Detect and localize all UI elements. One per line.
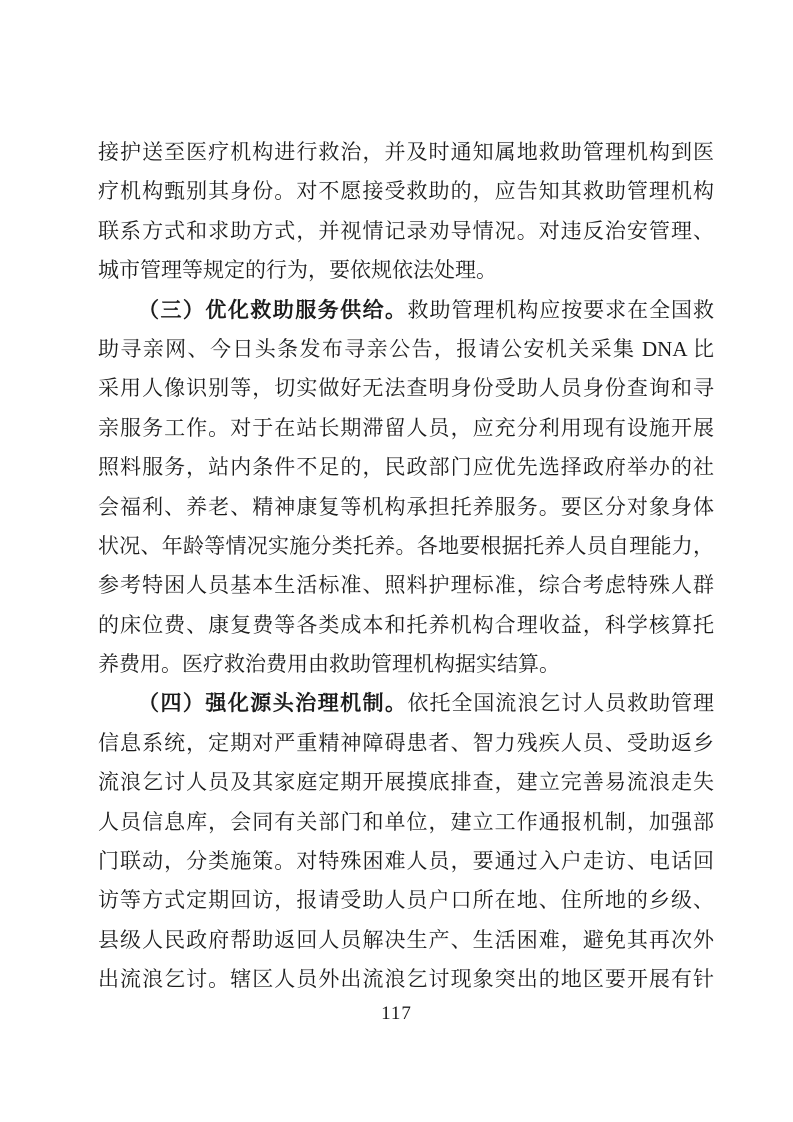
text-line: 出流浪乞讨。辖区人员外出流浪乞讨现象突出的地区要开展有针	[98, 960, 714, 999]
text-line: 城市管理等规定的行为，要依规依法处理。	[98, 251, 714, 290]
body-text-run: 人员信息库，会同有关部门和单位，建立工作通报机制，加强部	[98, 810, 714, 834]
body-text-run: 接护送至医疗机构进行救治，并及时通知属地救助管理机构到医	[98, 140, 714, 164]
text-line: 照料服务，站内条件不足的，民政部门应优先选择政府举办的社	[98, 448, 714, 487]
body-text-run: 状况、年龄等情况实施分类托养。各地要根据托养人员自理能力，	[98, 534, 714, 558]
body-text-run: 会福利、养老、精神康复等机构承担托养服务。要区分对象身体	[98, 495, 714, 519]
body-text-run: 救助管理机构应按要求在全国救	[408, 298, 714, 322]
body-text-run: 县级人民政府帮助返回人员解决生产、生活困难，避免其再次外	[98, 928, 714, 952]
text-line: 的床位费、康复费等各类成本和托养机构合理收益，科学核算托	[98, 606, 714, 645]
page-number: 117	[0, 1003, 793, 1025]
body-text-run: 照料服务，站内条件不足的，民政部门应优先选择政府举办的社	[98, 455, 714, 479]
text-line: 门联动，分类施策。对特殊困难人员，要通过入户走访、电话回	[98, 842, 714, 881]
body-text-run: 联系方式和求助方式，并视情记录劝导情况。对违反治安管理、	[98, 219, 714, 243]
body-text-run: 信息系统，定期对严重精神障碍患者、智力残疾人员、受助返乡	[98, 731, 714, 755]
text-line: 人员信息库，会同有关部门和单位，建立工作通报机制，加强部	[98, 803, 714, 842]
document-page: 接护送至医疗机构进行救治，并及时通知属地救助管理机构到医 疗机构甄别其身份。对不…	[0, 0, 793, 1122]
text-line: 信息系统，定期对严重精神障碍患者、智力残疾人员、受助返乡	[98, 724, 714, 763]
section-heading-run: （四）强化源头治理机制。	[138, 691, 408, 715]
text-line: 养费用。医疗救治费用由救助管理机构据实结算。	[98, 645, 714, 684]
body-text-run: 参考特困人员基本生活标准、照料护理标准，综合考虑特殊人群	[98, 573, 714, 597]
text-line: 接护送至医疗机构进行救治，并及时通知属地救助管理机构到医	[98, 133, 714, 172]
body-text-run: 助寻亲网、今日头条发布寻亲公告，报请公安机关采集 DNA 比对、	[98, 337, 714, 369]
body-text-run: 城市管理等规定的行为，要依规依法处理。	[98, 258, 497, 282]
text-line: 助寻亲网、今日头条发布寻亲公告，报请公安机关采集 DNA 比对、	[98, 330, 714, 369]
text-line: 参考特困人员基本生活标准、照料护理标准，综合考虑特殊人群	[98, 566, 714, 605]
text-line: 状况、年龄等情况实施分类托养。各地要根据托养人员自理能力，	[98, 527, 714, 566]
document-text-block: 接护送至医疗机构进行救治，并及时通知属地救助管理机构到医 疗机构甄别其身份。对不…	[98, 133, 714, 1000]
body-text-run: 的床位费、康复费等各类成本和托养机构合理收益，科学核算托	[98, 613, 714, 637]
body-text-run: 依托全国流浪乞讨人员救助管理	[408, 691, 714, 715]
text-line: 流浪乞讨人员及其家庭定期开展摸底排查，建立完善易流浪走失	[98, 763, 714, 802]
body-text-run: 门联动，分类施策。对特殊困难人员，要通过入户走访、电话回	[98, 849, 714, 873]
text-line: 访等方式定期回访，报请受助人员户口所在地、住所地的乡级、	[98, 881, 714, 920]
text-line: 联系方式和求助方式，并视情记录劝导情况。对违反治安管理、	[98, 212, 714, 251]
body-text-run: 疗机构甄别其身份。对不愿接受救助的，应告知其救助管理机构	[98, 179, 714, 203]
body-text-run: 亲服务工作。对于在站长期滞留人员，应充分利用现有设施开展	[98, 416, 714, 440]
body-text-run: 养费用。医疗救治费用由救助管理机构据实结算。	[98, 652, 560, 676]
text-line: 采用人像识别等，切实做好无法查明身份受助人员身份查询和寻	[98, 369, 714, 408]
body-text-run: 出流浪乞讨。辖区人员外出流浪乞讨现象突出的地区要开展有针	[98, 967, 714, 991]
text-line: 亲服务工作。对于在站长期滞留人员，应充分利用现有设施开展	[98, 409, 714, 448]
text-line: （四）强化源头治理机制。依托全国流浪乞讨人员救助管理	[98, 684, 714, 723]
section-heading-run: （三）优化救助服务供给。	[138, 298, 408, 322]
body-text-run: 访等方式定期回访，报请受助人员户口所在地、住所地的乡级、	[98, 888, 714, 912]
text-line: （三）优化救助服务供给。救助管理机构应按要求在全国救	[98, 291, 714, 330]
text-line: 疗机构甄别其身份。对不愿接受救助的，应告知其救助管理机构	[98, 172, 714, 211]
text-line: 会福利、养老、精神康复等机构承担托养服务。要区分对象身体	[98, 488, 714, 527]
body-text-run: 采用人像识别等，切实做好无法查明身份受助人员身份查询和寻	[98, 376, 714, 400]
text-line: 县级人民政府帮助返回人员解决生产、生活困难，避免其再次外	[98, 921, 714, 960]
body-text-run: 流浪乞讨人员及其家庭定期开展摸底排查，建立完善易流浪走失	[98, 770, 714, 794]
